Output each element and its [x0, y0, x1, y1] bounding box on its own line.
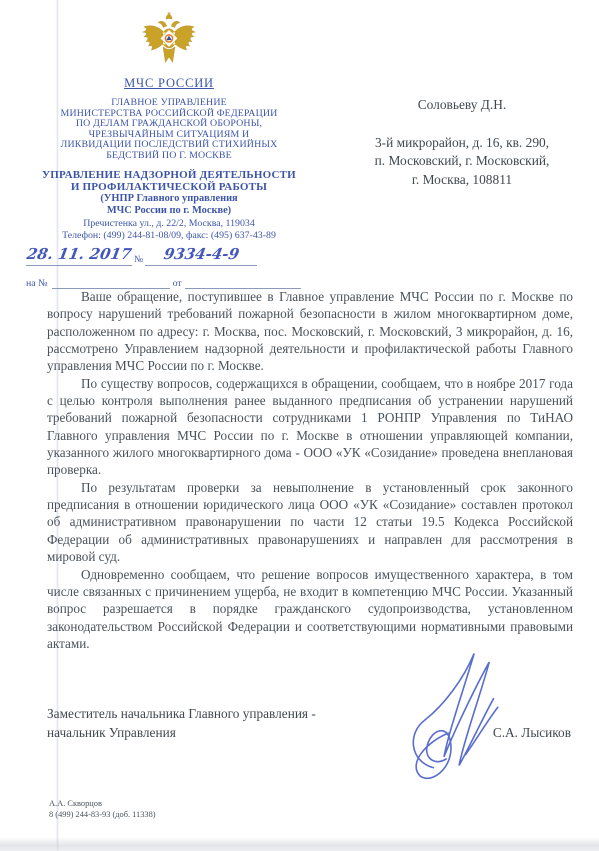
- date-number-row: 28. 11. 2017 № 9334-4-9: [22, 244, 316, 266]
- recipient-address-line: г. Москва, 108811: [336, 171, 588, 190]
- recipient-address-line: 3-й микрорайон, д. 16, кв. 290,: [336, 134, 588, 153]
- body-paragraph: Ваше обращение, поступившее в Главное уп…: [47, 288, 573, 375]
- unpr-sub-line: (УНПР Главного управления: [22, 193, 316, 205]
- recipient-address-line: п. Московский, г. Московский,: [336, 152, 588, 171]
- main-directorate-name: ГЛАВНОЕ УПРАВЛЕНИЕ МИНИСТЕРСТВА РОССИЙСК…: [22, 98, 316, 162]
- signature-scribble-icon: [383, 647, 533, 787]
- unpr-line: УПРАВЛЕНИЕ НАДЗОРНОЙ ДЕЯТЕЛЬНОСТИ: [22, 169, 316, 181]
- unpr-sub-line: МЧС России по г. Москве): [22, 205, 316, 217]
- gu-line: ГЛАВНОЕ УПРАВЛЕНИЕ: [22, 98, 316, 109]
- unpr-department-name: УПРАВЛЕНИЕ НАДЗОРНОЙ ДЕЯТЕЛЬНОСТИ И ПРОФ…: [22, 169, 316, 217]
- body-paragraph: По результатам проверки за невыполнение …: [47, 479, 573, 566]
- handwritten-date: 28. 11. 2017: [25, 244, 133, 264]
- executor-name: А.А. Скворцов: [49, 799, 156, 810]
- gu-line: БЕДСТВИЙ ПО Г. МОСКВЕ: [22, 151, 316, 162]
- letter-body: Ваше обращение, поступившее в Главное уп…: [47, 288, 573, 652]
- body-paragraph: По существу вопросов, содержащихся в обр…: [47, 375, 573, 479]
- recipient-name: Соловьеву Д.Н.: [336, 96, 588, 115]
- letterhead-phone: Телефон: (499) 244-81-08/09, факс: (495)…: [22, 230, 316, 242]
- executor-phone: 8 (499) 244-83-93 (доб. 11338): [49, 810, 156, 821]
- number-line: 9334-4-9: [145, 244, 257, 266]
- handwritten-doc-number: 9334-4-9: [162, 244, 241, 264]
- mchs-eagle-emblem-icon: [139, 10, 199, 74]
- letterhead-address: Пречистенка ул., д. 22/2, Москва, 119034: [22, 218, 316, 230]
- unpr-line: И ПРОФИЛАКТИЧЕСКОЙ РАБОТЫ: [22, 181, 316, 193]
- org-name: МЧС РОССИИ: [22, 76, 316, 91]
- letterhead: МЧС РОССИИ ГЛАВНОЕ УПРАВЛЕНИЕ МИНИСТЕРСТ…: [22, 10, 316, 289]
- body-paragraph: Одновременно сообщаем, что решение вопро…: [47, 566, 573, 653]
- scan-edge-artifact: [0, 837, 599, 851]
- executor-footer: А.А. Скворцов 8 (499) 244-83-93 (доб. 11…: [49, 799, 156, 820]
- signature-block: Заместитель начальника Главного управлен…: [47, 705, 573, 742]
- recipient-block: Соловьеву Д.Н. 3-й микрорайон, д. 16, кв…: [336, 96, 588, 189]
- number-sign: №: [132, 255, 145, 266]
- ref-prefix-label: на №: [26, 278, 48, 289]
- date-line: 28. 11. 2017: [26, 244, 132, 266]
